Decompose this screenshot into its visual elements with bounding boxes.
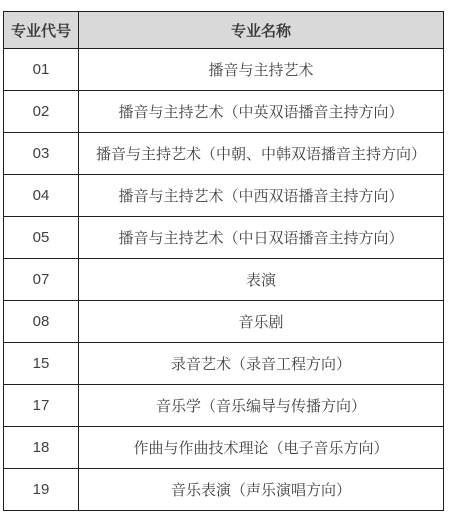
table-row: 08 音乐剧 (4, 301, 444, 343)
table-row: 01 播音与主持艺术 (4, 49, 444, 91)
major-code-cell: 19 (4, 469, 79, 511)
major-code-cell: 07 (4, 259, 79, 301)
major-code-cell: 18 (4, 427, 79, 469)
table-row: 19 音乐表演（声乐演唱方向） (4, 469, 444, 511)
table-row: 05 播音与主持艺术（中日双语播音主持方向） (4, 217, 444, 259)
major-code-cell: 01 (4, 49, 79, 91)
major-name-cell: 播音与主持艺术（中西双语播音主持方向） (79, 175, 444, 217)
majors-table: 专业代号 专业名称 01 播音与主持艺术 02 播音与主持艺术（中英双语播音主持… (3, 11, 444, 511)
major-name-cell: 作曲与作曲技术理论（电子音乐方向） (79, 427, 444, 469)
major-name-cell: 音乐表演（声乐演唱方向） (79, 469, 444, 511)
table-row: 17 音乐学（音乐编导与传播方向） (4, 385, 444, 427)
table-header-row: 专业代号 专业名称 (4, 12, 444, 49)
major-code-cell: 04 (4, 175, 79, 217)
major-code-cell: 17 (4, 385, 79, 427)
major-code-cell: 08 (4, 301, 79, 343)
major-name-cell: 音乐学（音乐编导与传播方向） (79, 385, 444, 427)
major-code-cell: 15 (4, 343, 79, 385)
major-name-cell: 播音与主持艺术（中日双语播音主持方向） (79, 217, 444, 259)
major-name-cell: 音乐剧 (79, 301, 444, 343)
table-row: 03 播音与主持艺术（中朝、中韩双语播音主持方向） (4, 133, 444, 175)
table-row: 02 播音与主持艺术（中英双语播音主持方向） (4, 91, 444, 133)
major-code-cell: 05 (4, 217, 79, 259)
major-code-header: 专业代号 (4, 12, 79, 49)
major-name-cell: 录音艺术（录音工程方向） (79, 343, 444, 385)
table-row: 07 表演 (4, 259, 444, 301)
table-row: 04 播音与主持艺术（中西双语播音主持方向） (4, 175, 444, 217)
page: 专业代号 专业名称 01 播音与主持艺术 02 播音与主持艺术（中英双语播音主持… (0, 0, 450, 527)
major-name-cell: 播音与主持艺术（中英双语播音主持方向） (79, 91, 444, 133)
major-name-cell: 表演 (79, 259, 444, 301)
major-code-cell: 03 (4, 133, 79, 175)
major-name-cell: 播音与主持艺术 (79, 49, 444, 91)
major-code-cell: 02 (4, 91, 79, 133)
table-row: 18 作曲与作曲技术理论（电子音乐方向） (4, 427, 444, 469)
major-name-header: 专业名称 (79, 12, 444, 49)
table-row: 15 录音艺术（录音工程方向） (4, 343, 444, 385)
major-name-cell: 播音与主持艺术（中朝、中韩双语播音主持方向） (79, 133, 444, 175)
